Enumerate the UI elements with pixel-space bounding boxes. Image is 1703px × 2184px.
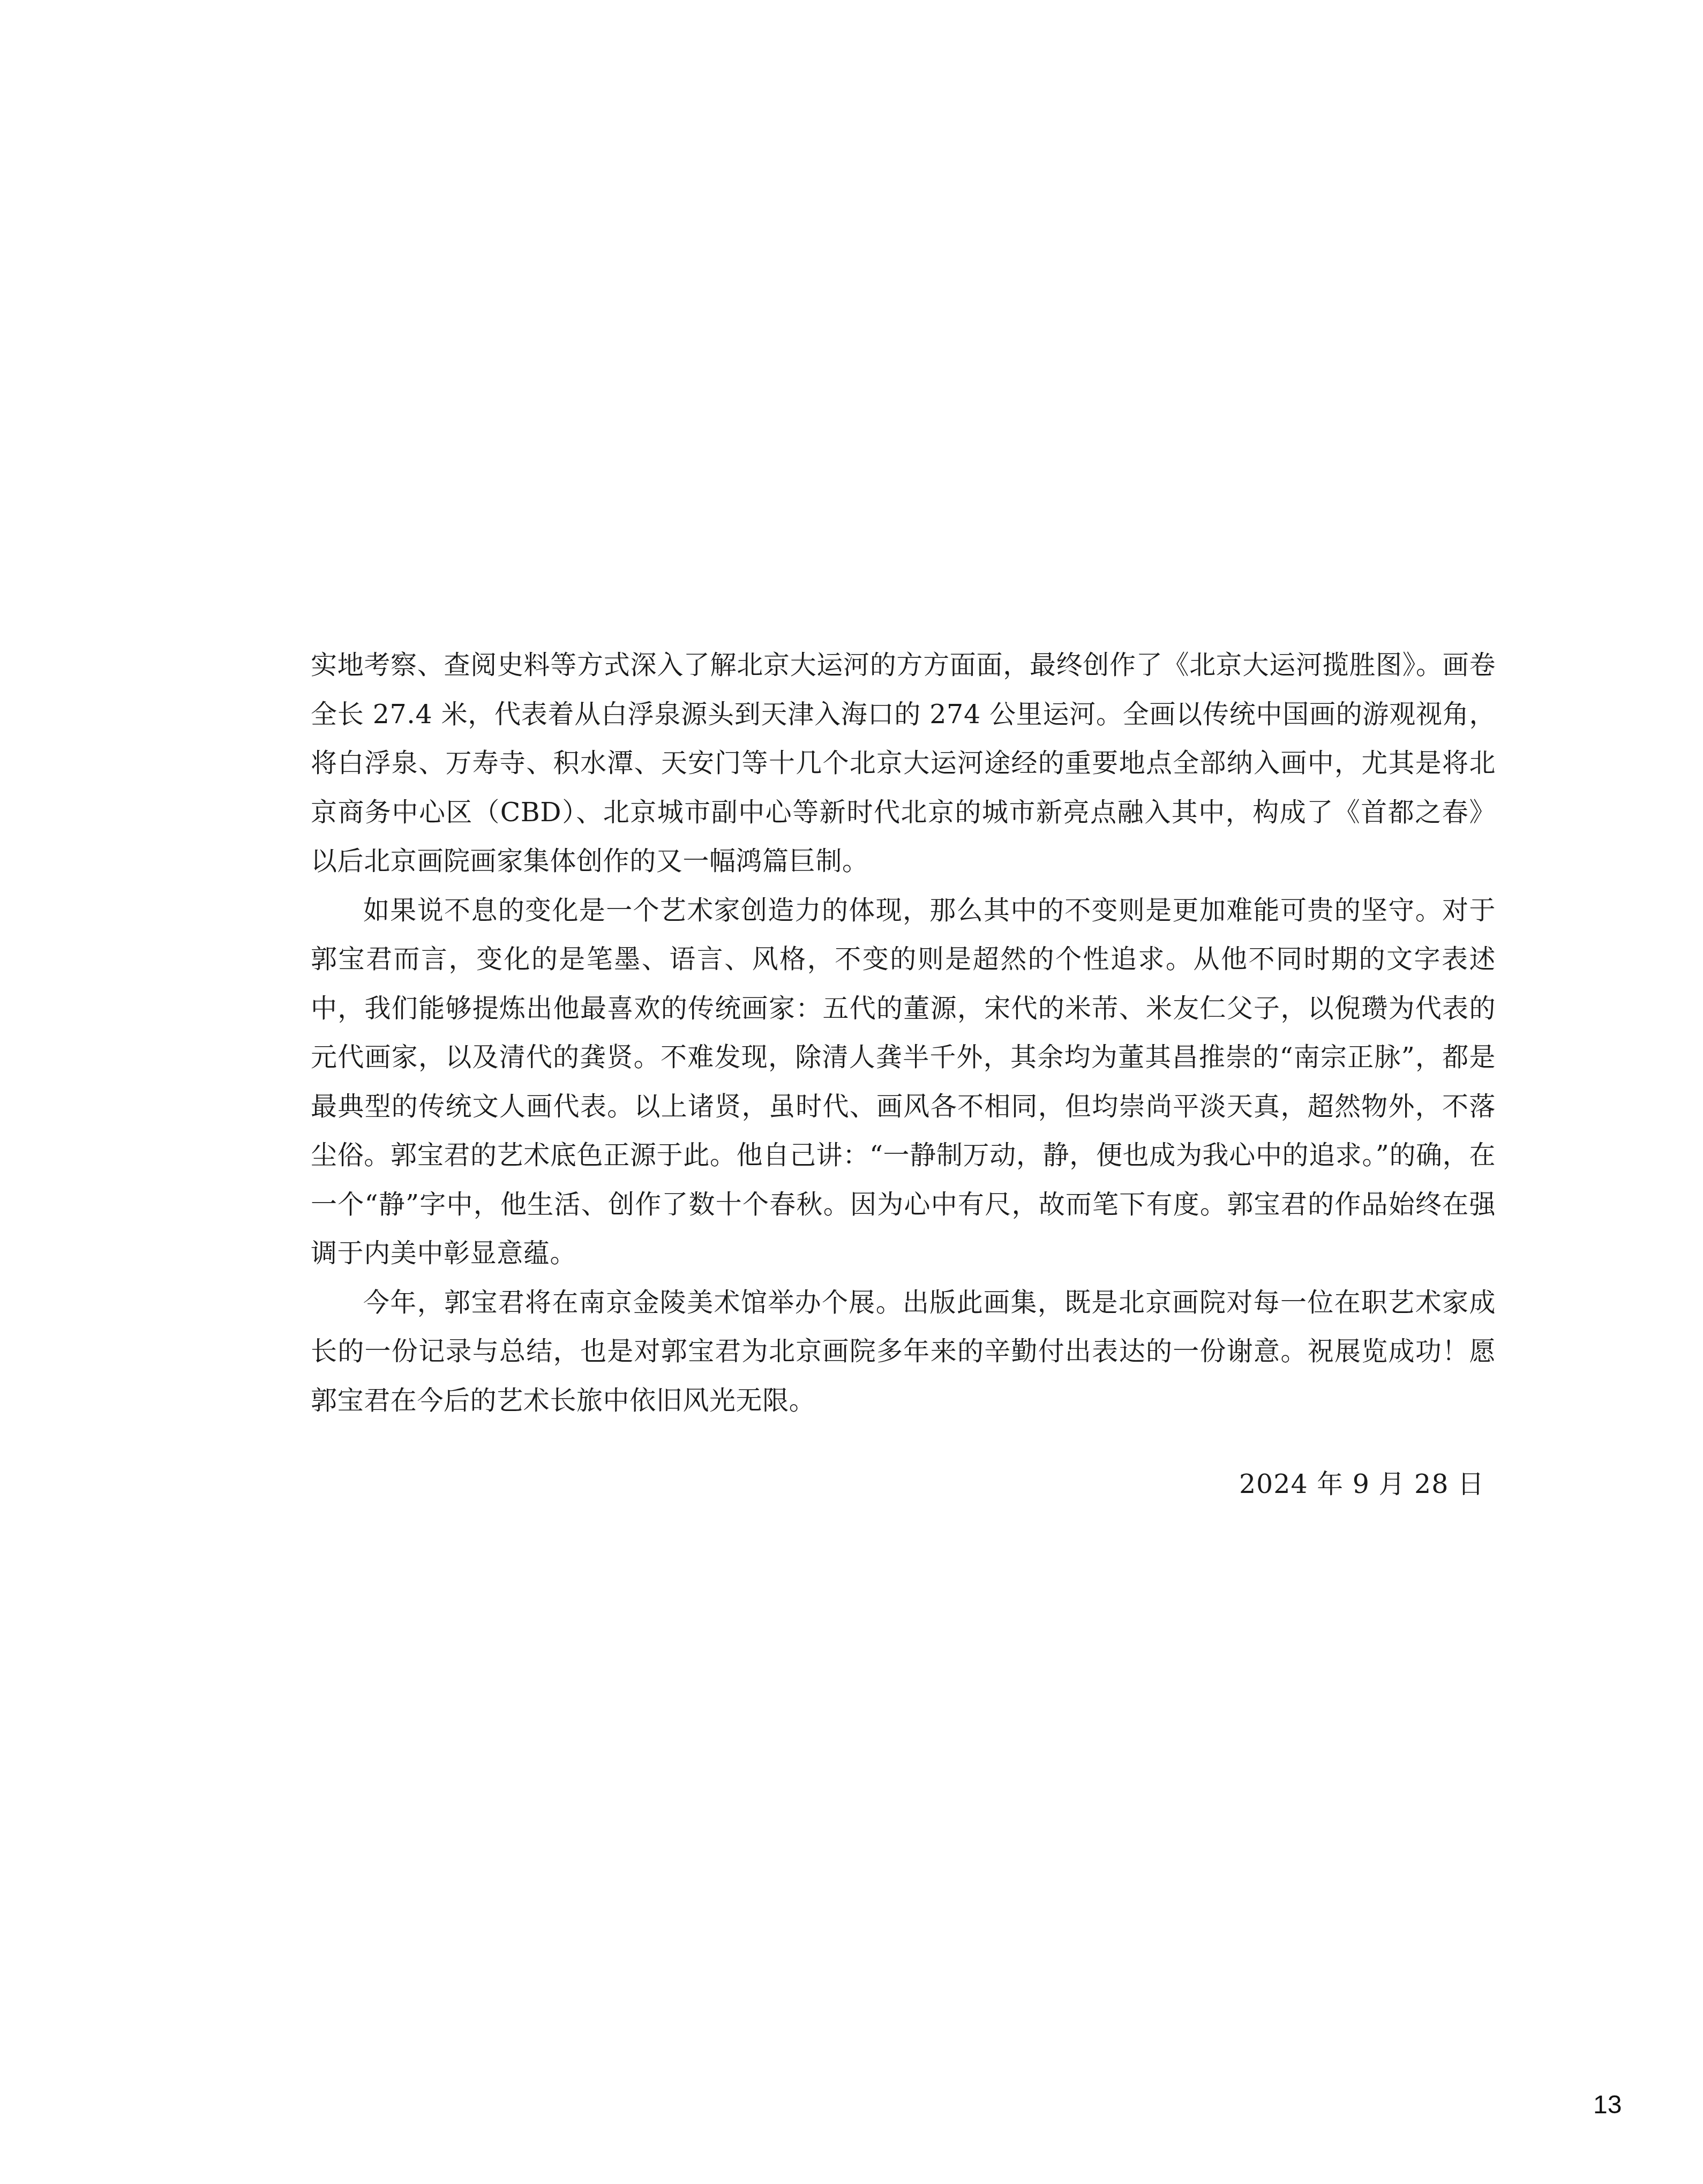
- document-page: 实地考察、查阅史料等方式深入了解北京大运河的方方面面，最终创作了《北京大运河揽胜…: [0, 0, 1703, 2184]
- paragraph-artistic-constancy: 如果说不息的变化是一个艺术家创造力的体现，那么其中的不变则是更加难能可贵的坚守。…: [311, 886, 1496, 1278]
- body-text: 实地考察、查阅史料等方式深入了解北京大运河的方方面面，最终创作了《北京大运河揽胜…: [311, 641, 1496, 1425]
- signature-date: 2024 年 9 月 28 日: [1239, 1460, 1484, 1509]
- paragraph-canal-painting: 实地考察、查阅史料等方式深入了解北京大运河的方方面面，最终创作了《北京大运河揽胜…: [311, 641, 1496, 886]
- page-number: 13: [1593, 2089, 1622, 2121]
- paragraph-exhibition: 今年，郭宝君将在南京金陵美术馆举办个展。出版此画集，既是北京画院对每一位在职艺术…: [311, 1278, 1496, 1425]
